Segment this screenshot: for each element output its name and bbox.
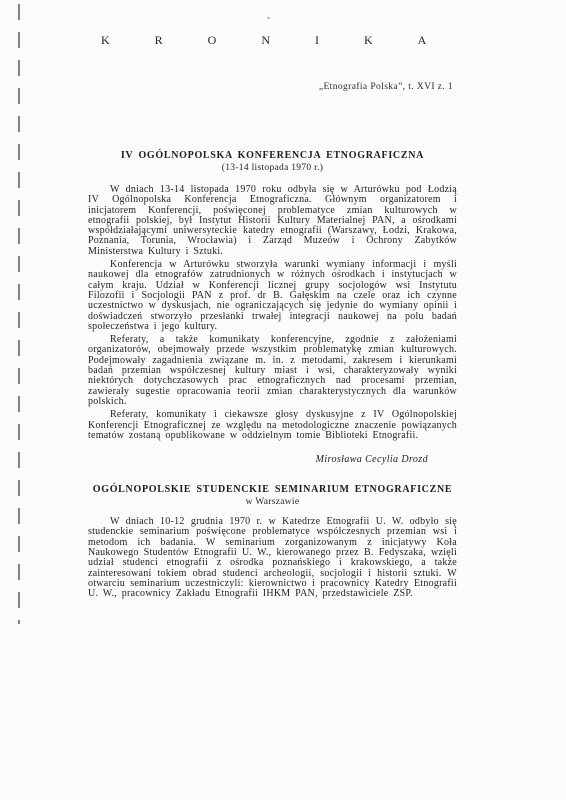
article2-paragraph-1: W dniach 10-12 grudnia 1970 r. w Katedrz… xyxy=(88,517,457,599)
chronicle-section-heading: KRONIKA xyxy=(101,33,471,48)
article-seminar: OGÓLNOPOLSKIE STUDENCKIE SEMINARIUM ETNO… xyxy=(88,484,457,599)
article2-subtitle: w Warszawie xyxy=(88,497,457,507)
article1-title: IV OGÓLNOPOLSKA KONFERENCJA ETNOGRAFICZN… xyxy=(88,150,457,161)
journal-reference: „Etnografia Polska”, t. XVI z. 1 xyxy=(319,82,453,92)
article1-paragraph-1: W dniach 13-14 listopada 1970 roku odbył… xyxy=(88,185,457,257)
scan-artifact-dot xyxy=(267,17,270,19)
text-column: IV OGÓLNOPOLSKA KONFERENCJA ETNOGRAFICZN… xyxy=(88,150,457,600)
author-signature: Mirosława Cecylia Drozd xyxy=(88,454,457,465)
left-fold-dash-marks xyxy=(18,4,20,624)
scanned-journal-page: KRONIKA „Etnografia Polska”, t. XVI z. 1… xyxy=(0,0,566,800)
article1-paragraph-4: Referaty, komunikaty i ciekawsze głosy d… xyxy=(88,410,457,441)
article2-title: OGÓLNOPOLSKIE STUDENCKIE SEMINARIUM ETNO… xyxy=(88,484,457,495)
article-conference: IV OGÓLNOPOLSKA KONFERENCJA ETNOGRAFICZN… xyxy=(88,150,457,465)
article1-paragraph-3: Referaty, a także komunikaty konferencyj… xyxy=(88,335,457,407)
article1-subtitle: (13-14 listopada 1970 r.) xyxy=(88,163,457,173)
article1-paragraph-2: Konferencja w Arturówku stworzyła warunk… xyxy=(88,260,457,332)
